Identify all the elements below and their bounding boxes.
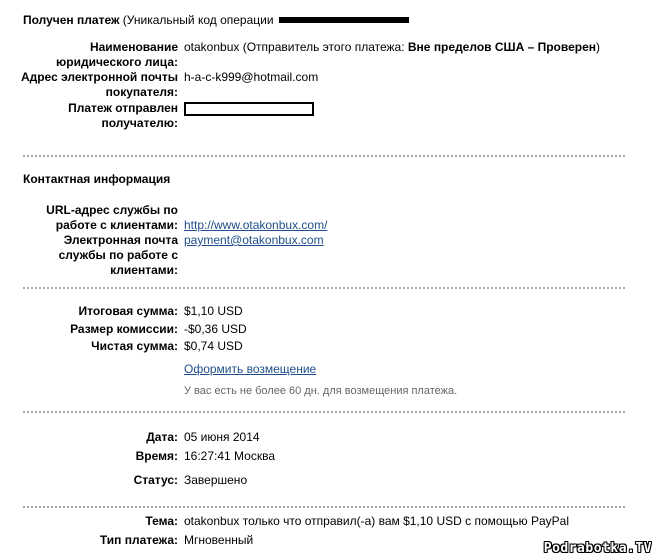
time-value: 16:27:41 Москва <box>184 449 275 464</box>
payment-type-label: Тип платежа: <box>100 533 178 548</box>
total-amount-label: Итоговая сумма: <box>78 304 178 319</box>
support-url-value: http://www.otakonbux.com/ <box>184 218 327 233</box>
sender-status: Вне пределов США – Проверен <box>408 40 596 54</box>
buyer-email-label: Адрес электронной почты покупателя: <box>8 70 178 100</box>
company-name-value: otakonbux (Отправитель этого платежа: Вн… <box>184 40 600 55</box>
separator <box>23 155 625 157</box>
support-email-link[interactable]: payment@otakonbux.com <box>184 233 324 247</box>
support-email-label: Электронная почта службы по работе с кли… <box>38 233 178 278</box>
sent-to-value <box>184 101 314 116</box>
net-amount-value: $0,74 USD <box>184 339 243 354</box>
buyer-email-value: h-a-c-k999@hotmail.com <box>184 70 318 85</box>
separator <box>23 411 625 413</box>
watermark-logo: Podrabotka.TV <box>544 541 652 556</box>
support-url-link[interactable]: http://www.otakonbux.com/ <box>184 218 327 232</box>
header-title: Получен платеж <box>23 13 119 27</box>
fee-label: Размер комиссии: <box>70 322 178 337</box>
payment-received-header: Получен платеж (Уникальный код операции <box>23 13 409 27</box>
separator <box>23 287 625 289</box>
status-value: Завершено <box>184 473 247 488</box>
separator <box>23 506 625 508</box>
net-amount-label: Чистая сумма: <box>91 339 178 354</box>
support-url-label: URL-адрес службы по работе с клиентами: <box>38 203 178 233</box>
issue-refund-link[interactable]: Оформить возмещение <box>184 362 316 376</box>
header-transaction-id-label: (Уникальный код операции <box>119 13 273 27</box>
company-name-label: Наименование юридического лица: <box>8 40 178 70</box>
redacted-transaction-id <box>279 17 409 23</box>
support-email-value: payment@otakonbux.com <box>184 233 324 248</box>
fee-value: -$0,36 USD <box>184 322 247 337</box>
date-value: 05 июня 2014 <box>184 430 260 445</box>
sent-to-label: Платеж отправлен получателю: <box>38 101 178 131</box>
refund-link-wrap: Оформить возмещение <box>184 362 316 377</box>
sender-name: otakonbux (Отправитель этого платежа: <box>184 40 408 54</box>
subject-value: otakonbux только что отправил(-а) вам $1… <box>184 514 569 529</box>
payment-type-value: Мгновенный <box>184 533 253 548</box>
total-amount-value: $1,10 USD <box>184 304 243 319</box>
date-label: Дата: <box>146 430 178 445</box>
sender-close: ) <box>596 40 600 54</box>
redacted-recipient <box>184 102 314 116</box>
time-label: Время: <box>136 449 178 464</box>
subject-label: Тема: <box>145 514 178 529</box>
refund-note: У вас есть не более 60 дн. для возмещени… <box>184 384 457 399</box>
contact-section-title: Контактная информация <box>23 172 170 186</box>
status-label: Статус: <box>134 473 178 488</box>
